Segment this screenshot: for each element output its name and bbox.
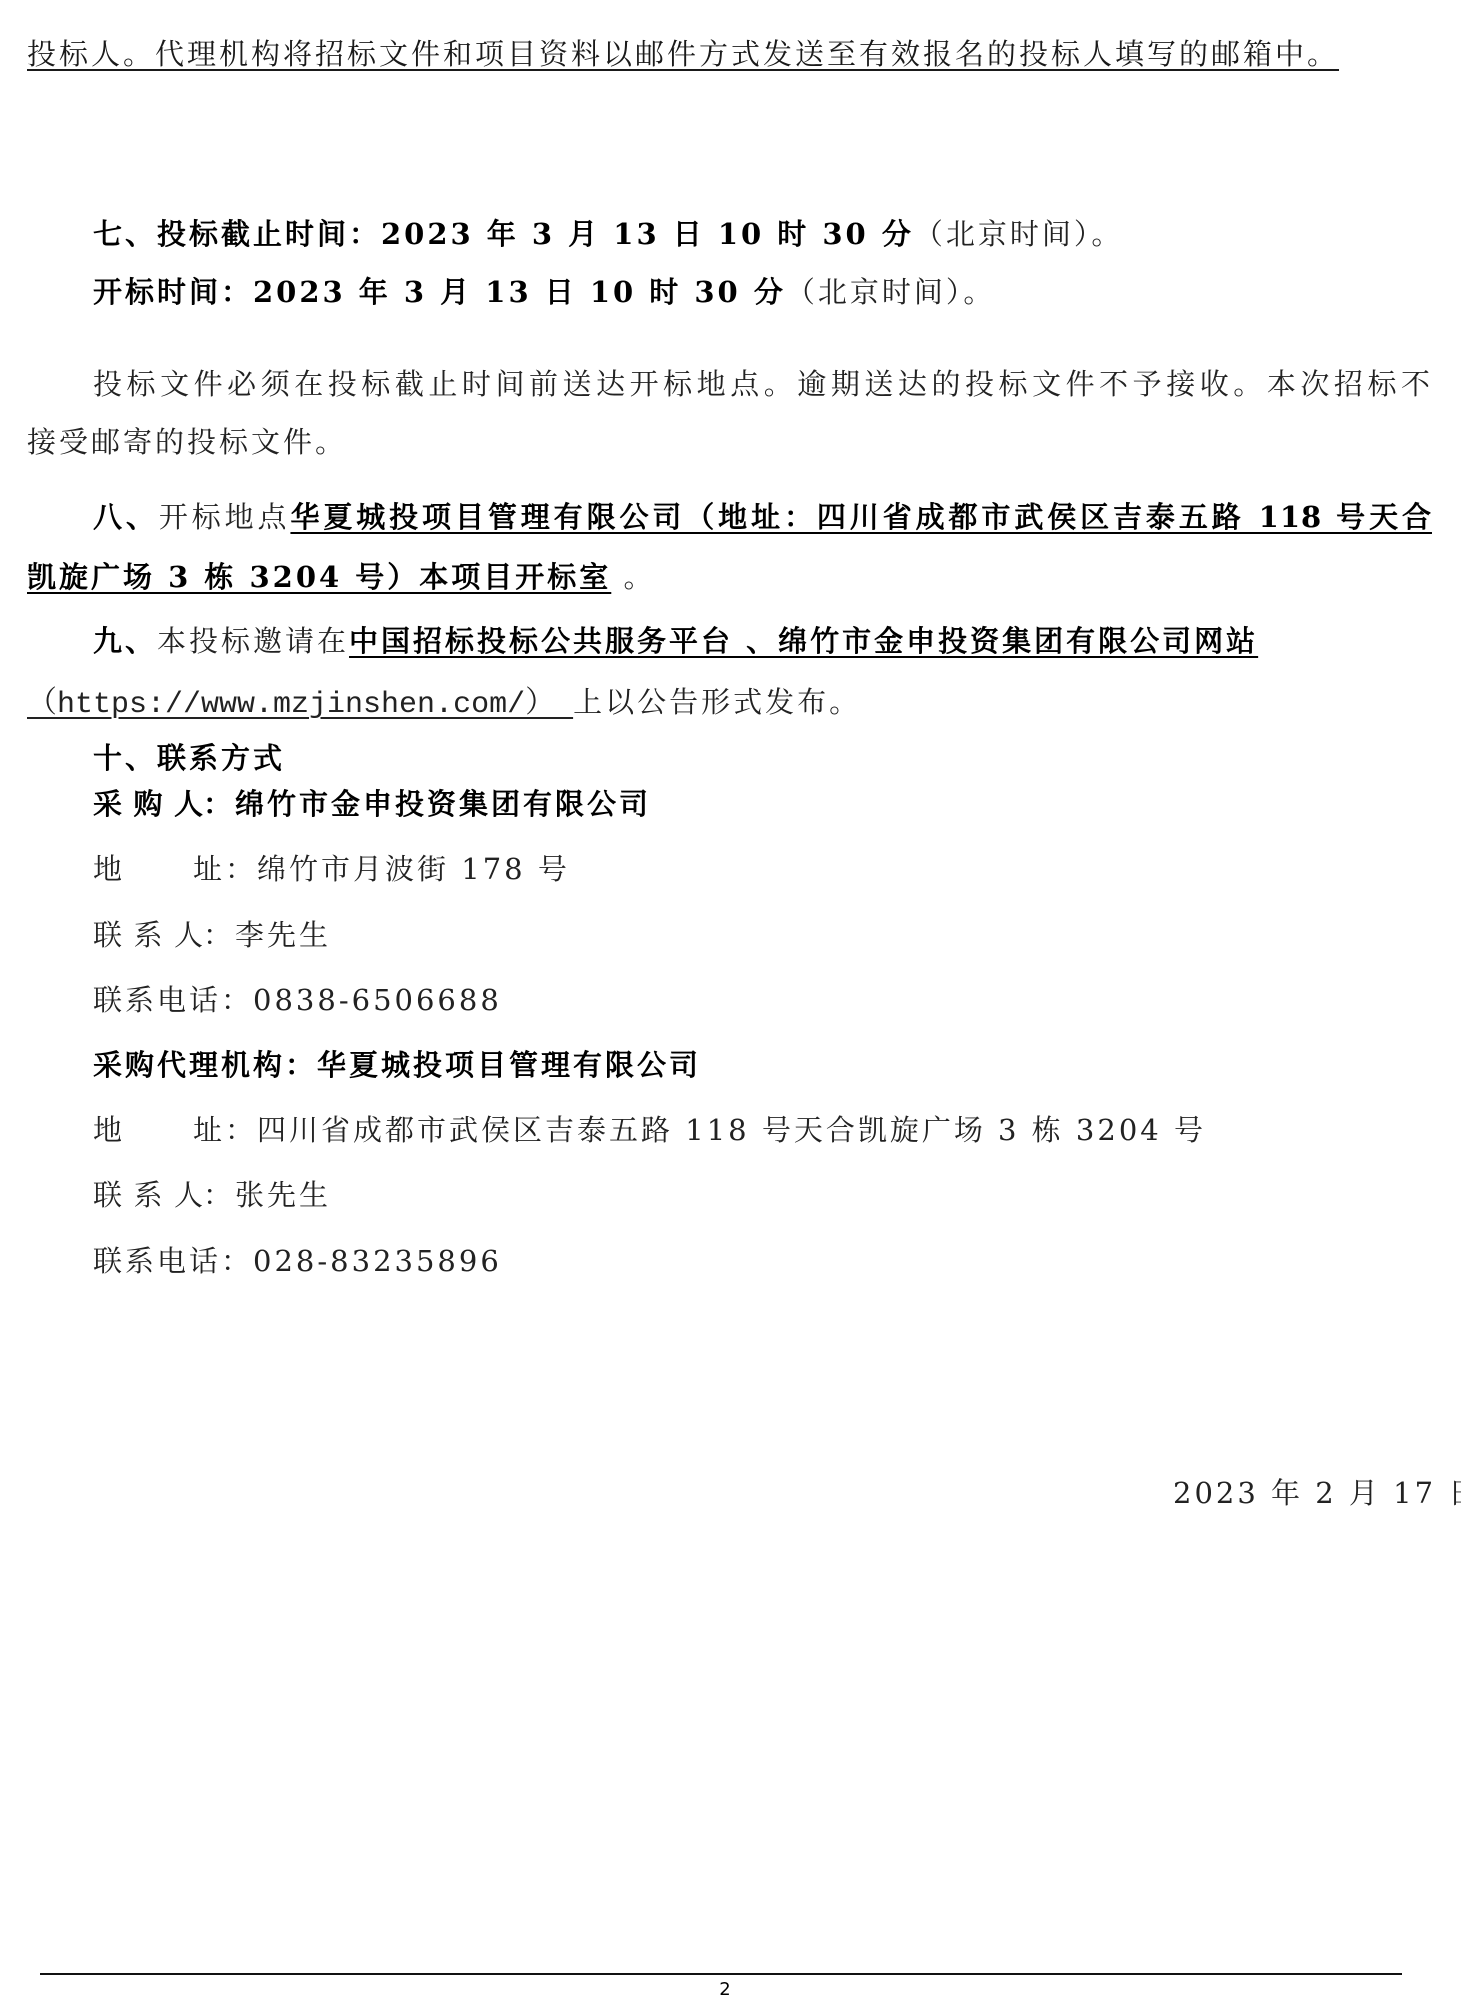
- agency-contact-person: 张先生: [235, 1178, 331, 1212]
- purchaser-address-row: 地址：绵竹市月波街 178 号: [93, 851, 570, 887]
- document-page: 投标人。代理机构将招标文件和项目资料以邮件方式发送至有效报名的投标人填写的邮箱中…: [0, 0, 1461, 2016]
- agency-contact-row: 联系人：张先生: [93, 1177, 331, 1213]
- opening-location-value-2: 凯旋广场 3 栋 3204 号）本项目开标室: [27, 560, 611, 594]
- agency-address-colon: ：: [225, 1113, 257, 1147]
- purchaser-phone: 0838-6506688: [253, 983, 502, 1017]
- purchaser-phone-colon: ：: [221, 983, 253, 1017]
- section8-number: 八、: [93, 500, 159, 534]
- agency-phone-label: 联系电话: [93, 1244, 221, 1278]
- purchaser-contact-label: 联系人: [93, 917, 203, 953]
- agency-address: 四川省成都市武侯区吉泰五路 118 号天合凯旋广场 3 栋 3204 号: [257, 1113, 1206, 1147]
- purchaser-address: 绵竹市月波街 178 号: [257, 852, 570, 886]
- agency-phone: 028-83235896: [253, 1244, 502, 1278]
- agency-address-label-2: 址: [193, 1113, 225, 1147]
- publication-platforms-link[interactable]: 中国招标投标公共服务平台 、绵竹市金申投资集团有限公司网站: [349, 624, 1258, 658]
- publication-prefix: 本投标邀请在: [157, 624, 349, 658]
- purchaser-phone-label: 联系电话: [93, 983, 221, 1017]
- submission-note-line1: 投标文件必须在投标截止时间前送达开标地点。逾期送达的投标文件不予接收。本次招标不: [93, 366, 1432, 402]
- submission-note-text-1: 投标文件必须在投标截止时间前送达开标地点。逾期送达的投标文件不予接收。本次招标不: [93, 367, 1432, 401]
- bid-opening-time-label: 开标时间：2023 年 3 月 13 日 10 时 30 分: [93, 275, 786, 309]
- publication-platforms: 九、本投标邀请在中国招标投标公共服务平台 、绵竹市金申投资集团有限公司网站: [93, 623, 1258, 659]
- agency-label: 采购代理机构: [93, 1048, 285, 1082]
- agency-name: 华夏城投项目管理有限公司: [317, 1048, 701, 1082]
- purchaser-contact-row: 联系人：李先生: [93, 917, 331, 953]
- document-date: 2023 年 2 月 17 日: [1173, 1475, 1461, 1511]
- opening-location: 八、开标地点华夏城投项目管理有限公司（地址：四川省成都市武侯区吉泰五路 118 …: [93, 499, 1432, 535]
- purchaser-address-colon: ：: [225, 852, 257, 886]
- bid-opening-time: 开标时间：2023 年 3 月 13 日 10 时 30 分（北京时间）。: [93, 274, 995, 310]
- opening-location-period: 。: [611, 560, 655, 594]
- bid-deadline-timezone: （北京时间）。: [914, 217, 1124, 251]
- purchaser-contact-colon: ：: [203, 918, 235, 952]
- agency-phone-colon: ：: [221, 1244, 253, 1278]
- agency-colon: ：: [285, 1048, 317, 1082]
- bid-deadline: 七、投标截止时间：2023 年 3 月 13 日 10 时 30 分（北京时间）…: [93, 216, 1123, 252]
- purchaser-phone-row: 联系电话：0838-6506688: [93, 982, 502, 1018]
- bid-opening-timezone: （北京时间）。: [786, 275, 996, 309]
- submission-note-text-2: 接受邮寄的投标文件。: [27, 425, 347, 459]
- agency-row: 采购代理机构：华夏城投项目管理有限公司: [93, 1047, 701, 1083]
- contact-heading: 十、联系方式: [93, 740, 285, 776]
- purchaser-row: 采 购 人：绵竹市金申投资集团有限公司: [93, 786, 651, 822]
- opening-location-cont: 凯旋广场 3 栋 3204 号）本项目开标室 。: [27, 559, 656, 595]
- agency-contact-label: 联系人: [93, 1177, 203, 1213]
- purchaser-name: 绵竹市金申投资集团有限公司: [235, 787, 651, 821]
- agency-address-row: 地址：四川省成都市武侯区吉泰五路 118 号天合凯旋广场 3 栋 3204 号: [93, 1112, 1206, 1148]
- purchaser-address-label-1: 地: [93, 851, 193, 887]
- contact-heading-text: 十、联系方式: [93, 741, 285, 775]
- agency-phone-row: 联系电话：028-83235896: [93, 1243, 502, 1279]
- carryover-text: 投标人。代理机构将招标文件和项目资料以邮件方式发送至有效报名的投标人填写的邮箱中…: [27, 36, 1339, 72]
- purchaser-contact-person: 李先生: [235, 918, 331, 952]
- footer-divider: [40, 1973, 1402, 1975]
- carryover-text-content: 投标人。代理机构将招标文件和项目资料以邮件方式发送至有效报名的投标人填写的邮箱中…: [27, 37, 1339, 71]
- purchaser-address-label-2: 址: [193, 852, 225, 886]
- opening-location-label: 开标地点: [159, 500, 291, 534]
- purchaser-colon: ：: [203, 787, 235, 821]
- agency-contact-colon: ：: [203, 1178, 235, 1212]
- opening-location-value-1: 华夏城投项目管理有限公司（地址：四川省成都市武侯区吉泰五路 118 号天合: [290, 500, 1432, 534]
- section9-number: 九、: [93, 624, 157, 658]
- page-number: 2: [715, 1979, 735, 2001]
- publication-suffix: 上以公告形式发布。: [573, 685, 861, 719]
- website-url-link[interactable]: （https://www.mzjinshen.com/）: [27, 688, 573, 722]
- agency-address-label-1: 地: [93, 1112, 193, 1148]
- bid-deadline-heading: 七、投标截止时间：2023 年 3 月 13 日 10 时 30 分: [93, 217, 914, 251]
- purchaser-label: 采 购 人: [93, 786, 203, 822]
- publication-url-line: （https://www.mzjinshen.com/） 上以公告形式发布。: [27, 684, 861, 723]
- submission-note-line2: 接受邮寄的投标文件。: [27, 424, 347, 460]
